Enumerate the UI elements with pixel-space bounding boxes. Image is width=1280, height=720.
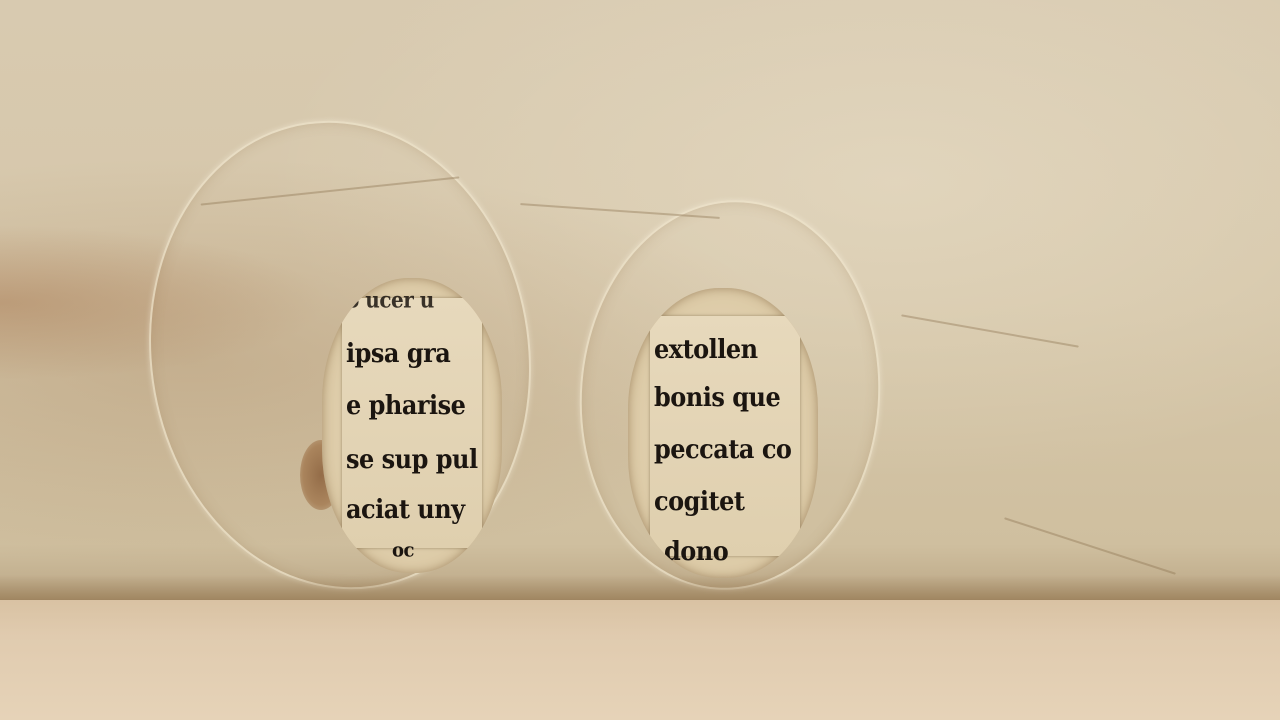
manuscript-fragment-left: o ucer u ipsa gra e pharise se sup pul a…: [342, 298, 482, 548]
manuscript-fragment-right: extollen bonis que peccata co cogitet do…: [650, 316, 800, 556]
text-line: cogitet: [654, 485, 744, 517]
page-surface-below: [0, 600, 1280, 720]
text-line: o ucer u: [346, 287, 434, 313]
paper-crack: [901, 314, 1079, 347]
paper-binding: o ucer u ipsa gra e pharise se sup pul a…: [0, 0, 1280, 605]
text-line: peccata co: [654, 433, 791, 465]
paper-crack: [1004, 517, 1176, 575]
text-line: ipsa gra: [346, 337, 450, 369]
hole-right: extollen bonis que peccata co cogitet do…: [628, 288, 818, 578]
photo-scene: o ucer u ipsa gra e pharise se sup pul a…: [0, 0, 1280, 720]
hole-left: o ucer u ipsa gra e pharise se sup pul a…: [322, 278, 502, 573]
text-line: bonis que: [654, 381, 780, 413]
text-line: dono: [664, 535, 728, 567]
text-line: extollen: [654, 333, 758, 365]
text-line: e pharise: [346, 389, 465, 421]
text-line: oc: [392, 539, 414, 562]
text-line: se sup pul: [346, 443, 478, 475]
text-line: aciat uny: [346, 493, 465, 525]
